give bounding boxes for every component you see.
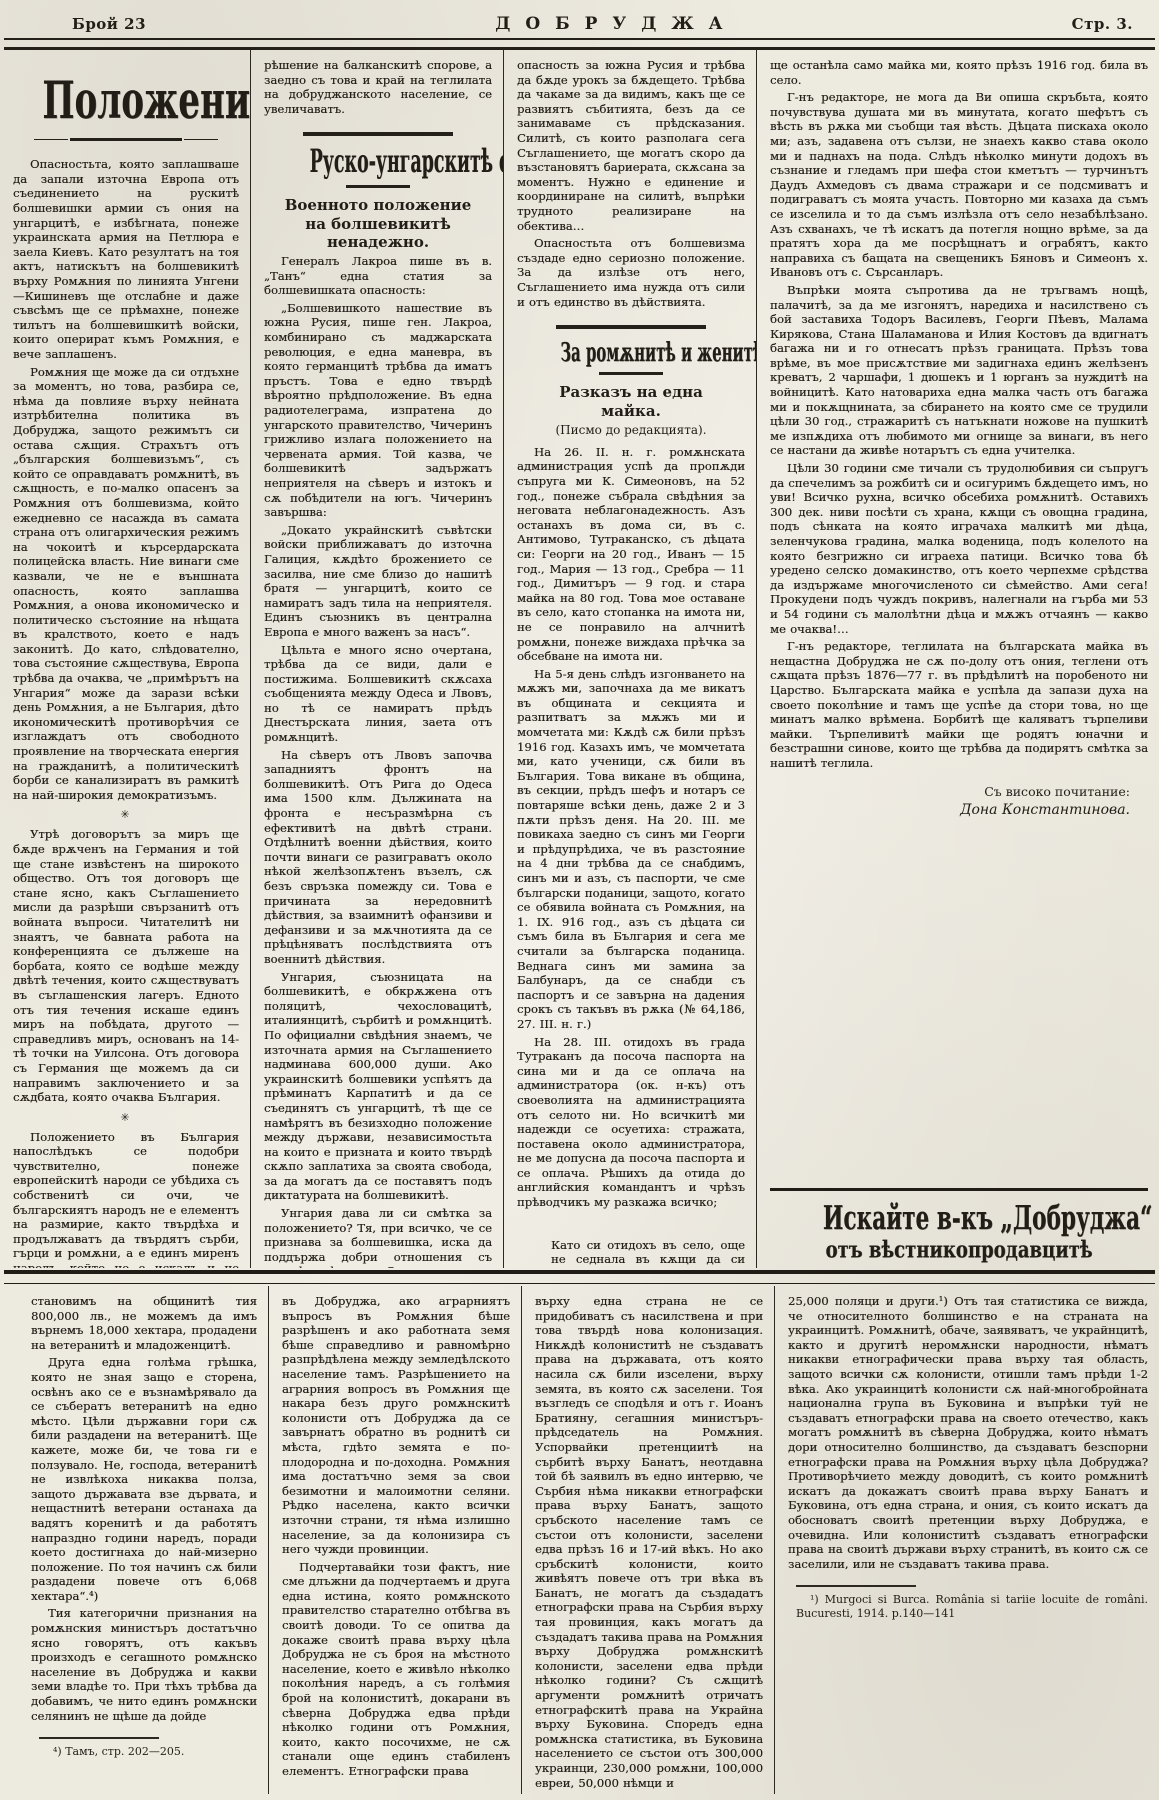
masthead-title: ДОБРУДЖА xyxy=(480,14,737,34)
article-end-rule xyxy=(556,325,706,329)
paragraph: Ромѫния ще може да си отдъхне за моментъ… xyxy=(13,365,239,803)
footnote-rule xyxy=(39,1737,159,1739)
column-letter-end: ще останѣла само майка ми, която прѣзъ 1… xyxy=(756,50,1159,1268)
paragraph: Друга една голѣма грѣшка, която не зная … xyxy=(31,1355,257,1603)
newspaper-page: Брой 23 ДОБРУДЖА Стр. 3. Положението. Оп… xyxy=(0,0,1159,1800)
bottom-column-1: становимъ на общинитѣ тия 800,000 лв., н… xyxy=(18,1286,268,1794)
title-divider xyxy=(599,372,663,375)
continuation-paragraph: становимъ на общинитѣ тия 800,000 лв., н… xyxy=(31,1294,257,1352)
paragraph: Опасностьта отъ болшевизма създаде едно … xyxy=(517,236,745,309)
letter-paragraph: Г-нъ редакторе, теглилата на българската… xyxy=(770,639,1148,770)
section-divider xyxy=(4,1270,1155,1284)
asterisk-separator: ✳ xyxy=(13,1111,239,1124)
continuation-paragraph: рѣшение на балканскитѣ спорове, а заедно… xyxy=(264,58,492,116)
letter-paragraph: На 28. III. отидохъ въ града Тутраканъ д… xyxy=(517,1035,745,1210)
footnote: ⁴) Тамъ, стр. 202—205. xyxy=(39,1745,257,1759)
signature-block: Съ високо почитание: Дона Константинова. xyxy=(770,784,1148,818)
bottom-column-2: въ Добруджа, ако аграрниятъ въпросъ въ Р… xyxy=(268,1286,521,1794)
continuation-paragraph: опасность за южна Русия и трѣбва да бѫде… xyxy=(517,58,745,233)
article-title-polozhenieto: Положението. xyxy=(42,73,209,127)
page-header: Брой 23 ДОБРУДЖА Стр. 3. xyxy=(0,0,1159,38)
letter-paragraph: На 5-я день слѣдъ изгонването на мѫжъ ми… xyxy=(517,667,745,1032)
bottom-section: становимъ на общинитѣ тия 800,000 лв., н… xyxy=(0,1286,1159,1794)
column-rusko: рѣшение на балканскитѣ спорове, а заедно… xyxy=(250,50,503,1268)
promo-headline-line1: Искайте в-къ „Добруджа“ xyxy=(823,1202,1095,1237)
paragraph: Цѣльта е много ясно очертана, трѣбва да … xyxy=(264,643,492,745)
column-maika: опасность за южна Русия и трѣбва да бѫде… xyxy=(503,50,756,1268)
letter-paragraph: Г-нъ редакторе, не мога да Ви опиша скръ… xyxy=(770,90,1148,280)
letter-paragraph: Въпрѣки моята съпротива да не тръгвамъ н… xyxy=(770,283,1148,458)
bottom-column-4: 25,000 поляци и други.¹) Отъ тая статист… xyxy=(774,1286,1159,1794)
article-end-rule xyxy=(303,132,453,136)
footnote: ¹) Murgoci si Burca. România si tariie l… xyxy=(796,1593,1148,1622)
continuation-paragraph: върху една страна не се придобиватъ съ н… xyxy=(535,1294,763,1790)
paragraph: Подчертавайки този фактъ, ние сме длъжни… xyxy=(282,1560,510,1779)
article-title-rusko: Руско-унгарскитѣ събития. xyxy=(310,145,447,178)
editorial-note: (Писмо до редакцията). xyxy=(517,423,745,437)
continuation-paragraph: въ Добруджа, ако аграрниятъ въпросъ въ Р… xyxy=(282,1294,510,1557)
header-rule xyxy=(4,38,1155,50)
continuation-paragraph: ще останѣла само майка ми, която прѣзъ 1… xyxy=(770,58,1148,87)
column-polozhenieto: Положението. Опасностьта, която заплашва… xyxy=(0,50,250,1268)
signature-label: Съ високо почитание: xyxy=(770,784,1130,799)
promo-headline-line2: отъ вѣстникопродавцитѣ xyxy=(804,1238,1114,1262)
signature-name: Дона Константинова. xyxy=(770,802,1130,818)
article-title-maika: За ромѫнитѣ и женитѣ сѫ опасни. xyxy=(560,338,701,366)
letter-paragraph: Цѣли 30 години сме тичали съ трудолюбиви… xyxy=(770,461,1148,636)
paragraph: На сѣверъ отъ Лвовъ започва западниятъ ф… xyxy=(264,748,492,967)
paragraph: Опасностьта, която заплашваше да запали … xyxy=(13,157,239,361)
bottom-column-3: върху една страна не се придобиватъ съ н… xyxy=(521,1286,774,1794)
title-divider xyxy=(346,185,410,188)
letter-paragraph: На 26. II. н. г. ромѫнската администраци… xyxy=(517,445,745,664)
promo-box: Искайте в-къ „Добруджа“ отъ вѣстникопрод… xyxy=(770,1188,1148,1262)
article-subtitle: Разказъ на една майка. xyxy=(527,383,735,421)
paragraph: „Докато украйнскитѣ съвѣтски войски приб… xyxy=(264,523,492,640)
paragraph: „Болшевишкото нашествие въ южна Русия, п… xyxy=(264,301,492,520)
paragraph: Тия категорични признания на ромѫнския м… xyxy=(31,1606,257,1723)
paragraph: Утрѣ договорътъ за миръ ще бѫде врѫченъ … xyxy=(13,827,239,1104)
letter-paragraph-indented: Като си отидохъ въ село, още не седнала … xyxy=(551,1238,745,1268)
title-flourish xyxy=(70,138,182,141)
continuation-paragraph: 25,000 поляци и други.¹) Отъ тая статист… xyxy=(788,1294,1148,1571)
paragraph: Положението въ България напослѣдъкъ се п… xyxy=(13,1130,239,1268)
paragraph: Генералъ Лакроа пише въ в. „Танъ“ една с… xyxy=(264,254,492,298)
issue-number: Брой 23 xyxy=(72,15,146,33)
asterisk-separator: ✳ xyxy=(13,808,239,821)
top-section: Положението. Опасностьта, която заплашва… xyxy=(0,50,1159,1268)
article-subtitle: Военното положение на болшевикитѣ ненаде… xyxy=(274,196,482,252)
paragraph: Унгария, съюзницата на болшевикитѣ, е об… xyxy=(264,970,492,1204)
page-number: Стр. 3. xyxy=(1072,15,1133,33)
paragraph: Унгария дава ли си смѣтка за положението… xyxy=(264,1206,492,1268)
footnote-rule xyxy=(796,1585,916,1587)
